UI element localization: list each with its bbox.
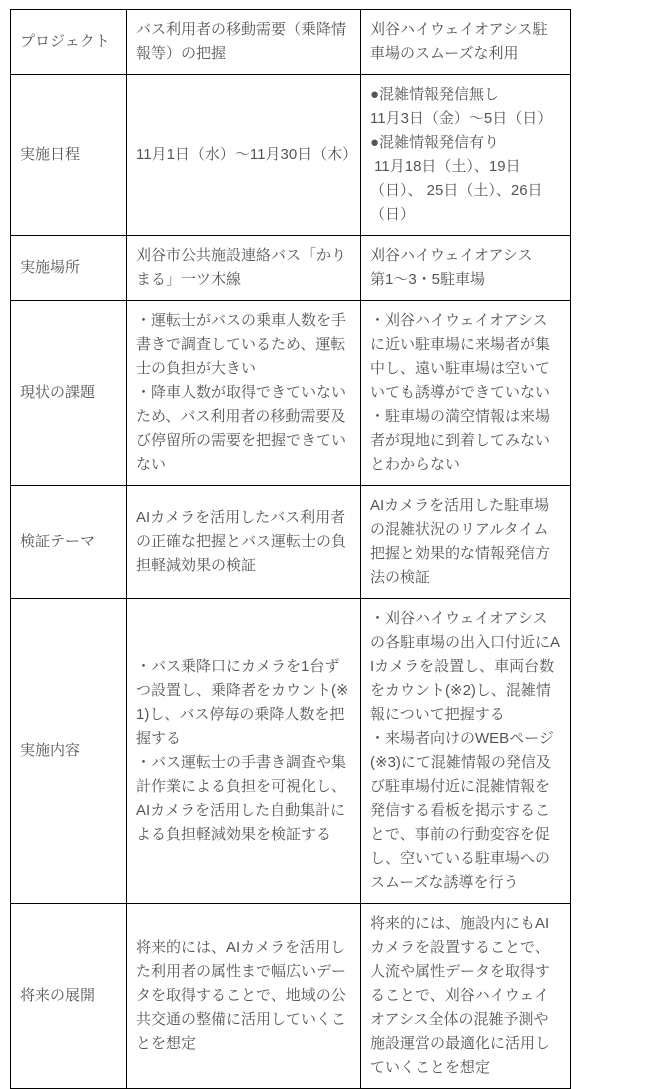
table-row: 将来の展開 将来的には、AIカメラを活用した利用者の属性まで幅広いデータを取得す… [11,904,571,1089]
row-label-cell: 実施場所 [11,236,127,301]
row-label-cell: 実施内容 [11,599,127,904]
parking-issues-cell: ・刈谷ハイウェイオアシスに近い駐車場に来場者が集中し、遠い駐車場は空いていても誘… [361,301,571,486]
bus-future-cell: 将来的には、AIカメラを活用した利用者の属性まで幅広いデータを取得することで、地… [127,904,361,1089]
bus-details-cell: ・バス乗降口にカメラを1台ずつ設置し、乗降者をカウント(※1)し、バス停毎の乗降… [127,599,361,904]
bus-schedule-cell: 11月1日（水）〜11月30日（木） [127,75,361,236]
parking-theme-cell: AIカメラを活用した駐車場の混雑状況のリアルタイム把握と効果的な情報発信方法の検… [361,486,571,599]
row-label-cell: 実施日程 [11,75,127,236]
row-label-cell: 現状の課題 [11,301,127,486]
parking-future-cell: 将来的には、施設内にもAIカメラを設置することで、人流や属性データを取得すること… [361,904,571,1089]
parking-project-cell: 刈谷ハイウェイオアシス駐車場のスムーズな利用 [361,10,571,75]
project-spec-table: プロジェクト バス利用者の移動需要（乗降情報等）の把握 刈谷ハイウェイオアシス駐… [10,9,571,1089]
bus-location-cell: 刈谷市公共施設連絡バス「かりまる」一ツ木線 [127,236,361,301]
table-row: 実施場所 刈谷市公共施設連絡バス「かりまる」一ツ木線 刈谷ハイウェイオアシス 第… [11,236,571,301]
parking-schedule-cell: ●混雑情報発信無し 11月3日（金）〜5日（日） ●混雑情報発信有り 11月18… [361,75,571,236]
row-label-cell: 検証テーマ [11,486,127,599]
bus-theme-cell: AIカメラを活用したバス利用者の正確な把握とバス運転士の負担軽減効果の検証 [127,486,361,599]
bus-issues-cell: ・運転士がバスの乗車人数を手書きで調査しているため、運転士の負担が大きい ・降車… [127,301,361,486]
row-label-cell: 将来の展開 [11,904,127,1089]
table-row: 実施日程 11月1日（水）〜11月30日（木） ●混雑情報発信無し 11月3日（… [11,75,571,236]
table-row: 実施内容 ・バス乗降口にカメラを1台ずつ設置し、乗降者をカウント(※1)し、バス… [11,599,571,904]
row-label-cell: プロジェクト [11,10,127,75]
bus-project-cell: バス利用者の移動需要（乗降情報等）の把握 [127,10,361,75]
table-row: 現状の課題 ・運転士がバスの乗車人数を手書きで調査しているため、運転士の負担が大… [11,301,571,486]
page: プロジェクト バス利用者の移動需要（乗降情報等）の把握 刈谷ハイウェイオアシス駐… [0,0,647,1004]
table-row: 検証テーマ AIカメラを活用したバス利用者の正確な把握とバス運転士の負担軽減効果… [11,486,571,599]
table-row: プロジェクト バス利用者の移動需要（乗降情報等）の把握 刈谷ハイウェイオアシス駐… [11,10,571,75]
parking-details-cell: ・刈谷ハイウェイオアシスの各駐車場の出入口付近にAIカメラを設置し、車両台数をカ… [361,599,571,904]
parking-location-cell: 刈谷ハイウェイオアシス 第1〜3・5駐車場 [361,236,571,301]
